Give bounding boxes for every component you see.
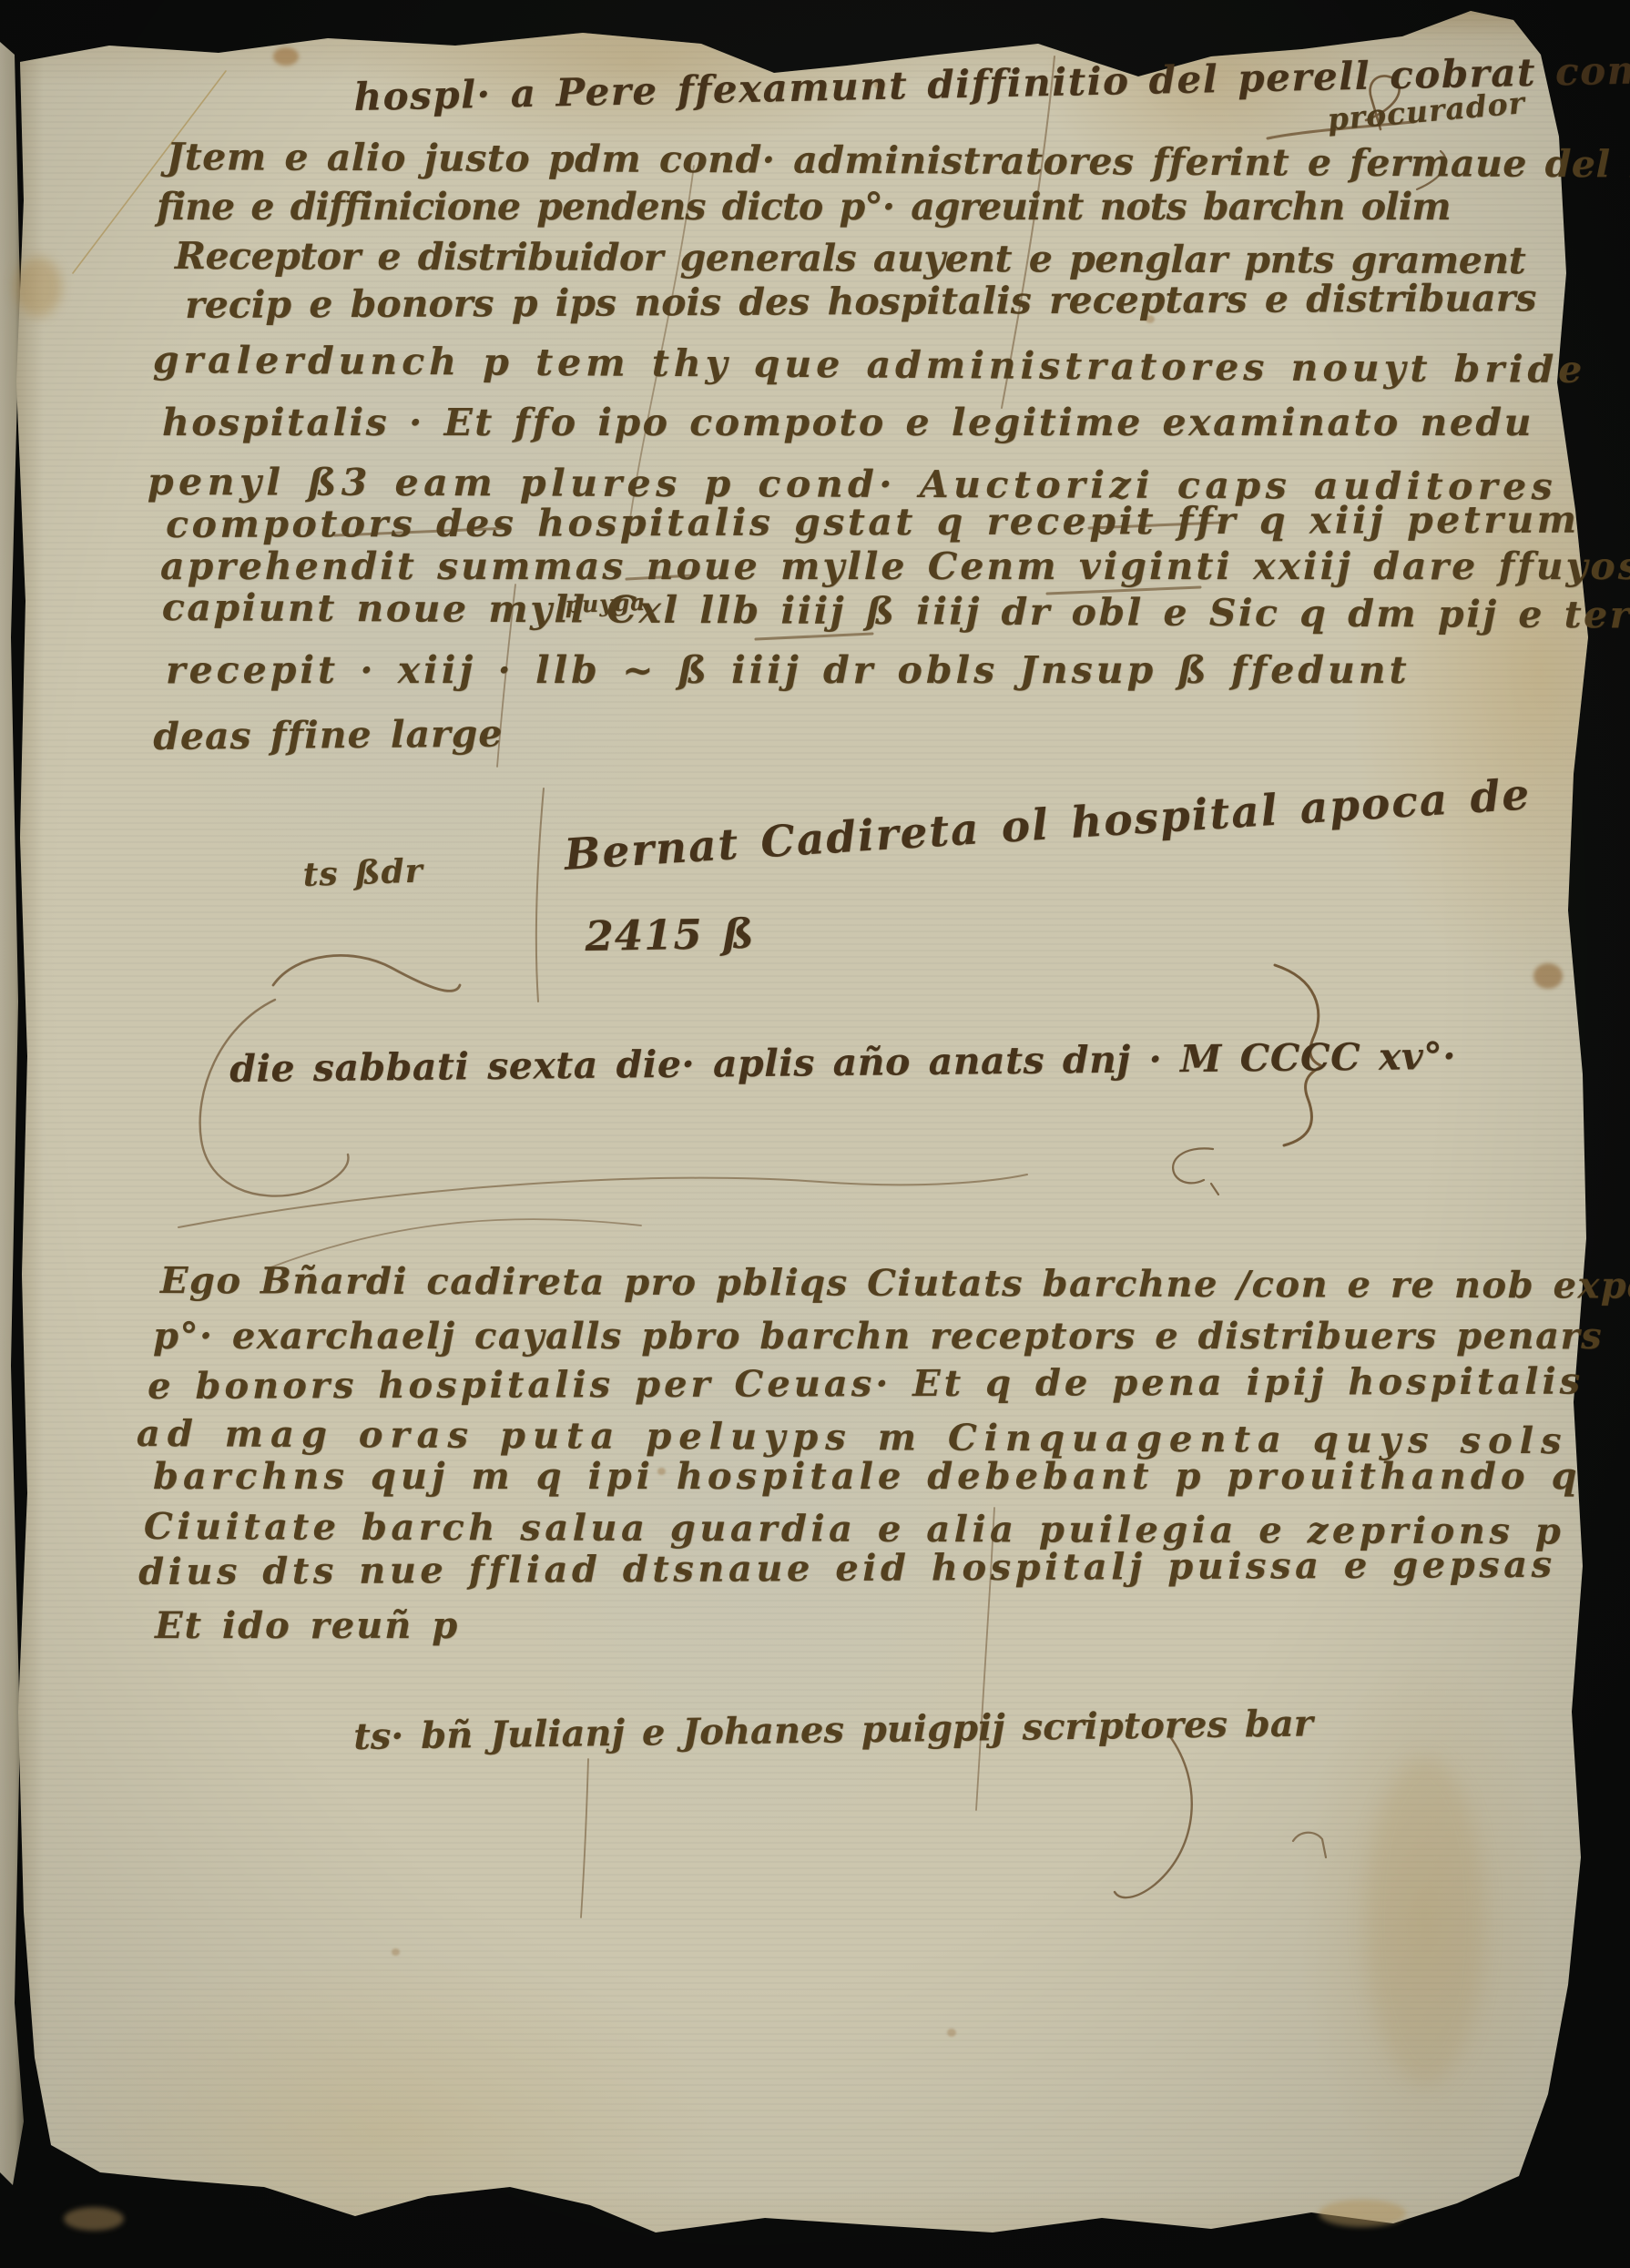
manuscript-line: dius dts nue ffliad dtsnaue eid hospital… [138,1543,1556,1593]
manuscript-line: compotors des hospitalis gstat q recepit… [166,498,1580,546]
manuscript-line: Ego Bñardi cadireta pro pbliqs Ciutats b… [160,1259,1630,1307]
receipt-amount: 2415 ß [585,910,755,961]
manuscript-line: Et ido reuñ p [155,1604,459,1647]
margin-note-ts: ts ßdr [302,851,423,894]
manuscript-line: p°· exarchaelj cayalls pbro barchn recep… [153,1315,1603,1358]
manuscript-line: e bonors hospitalis per Ceuas· Et q de p… [148,1359,1584,1408]
manuscript-line: deas ffine large [153,712,504,758]
manuscript-line: barchns quj m q ipi hospitale debebant p… [153,1455,1581,1498]
manuscript-line: capiunt noue myll Cxl llb iiij ß iiij dr… [162,585,1630,636]
manuscript-line: recip e bonors p ips nois des hospitalis… [185,276,1537,327]
stain [64,2207,124,2231]
manuscript-line: hospitalis · Et ffo ipo compoto e legiti… [162,401,1533,444]
manuscript-line: Jtem e alio justo pdm cond· administrato… [167,135,1630,187]
manuscript-line: recepit · xiij · llb ~ ß iiij dr obls Jn… [166,648,1411,692]
manuscript-photo: hospl· a Pere ffexamunt diffinitio del p… [0,0,1630,2268]
manuscript-line: fine e diffinicione pendens dicto p°· ag… [157,185,1451,229]
manuscript-line: aprehendit summas noue mylle Cenm vigint… [160,544,1630,588]
manuscript-line: Receptor e distribuidor generals auyent … [175,234,1525,282]
